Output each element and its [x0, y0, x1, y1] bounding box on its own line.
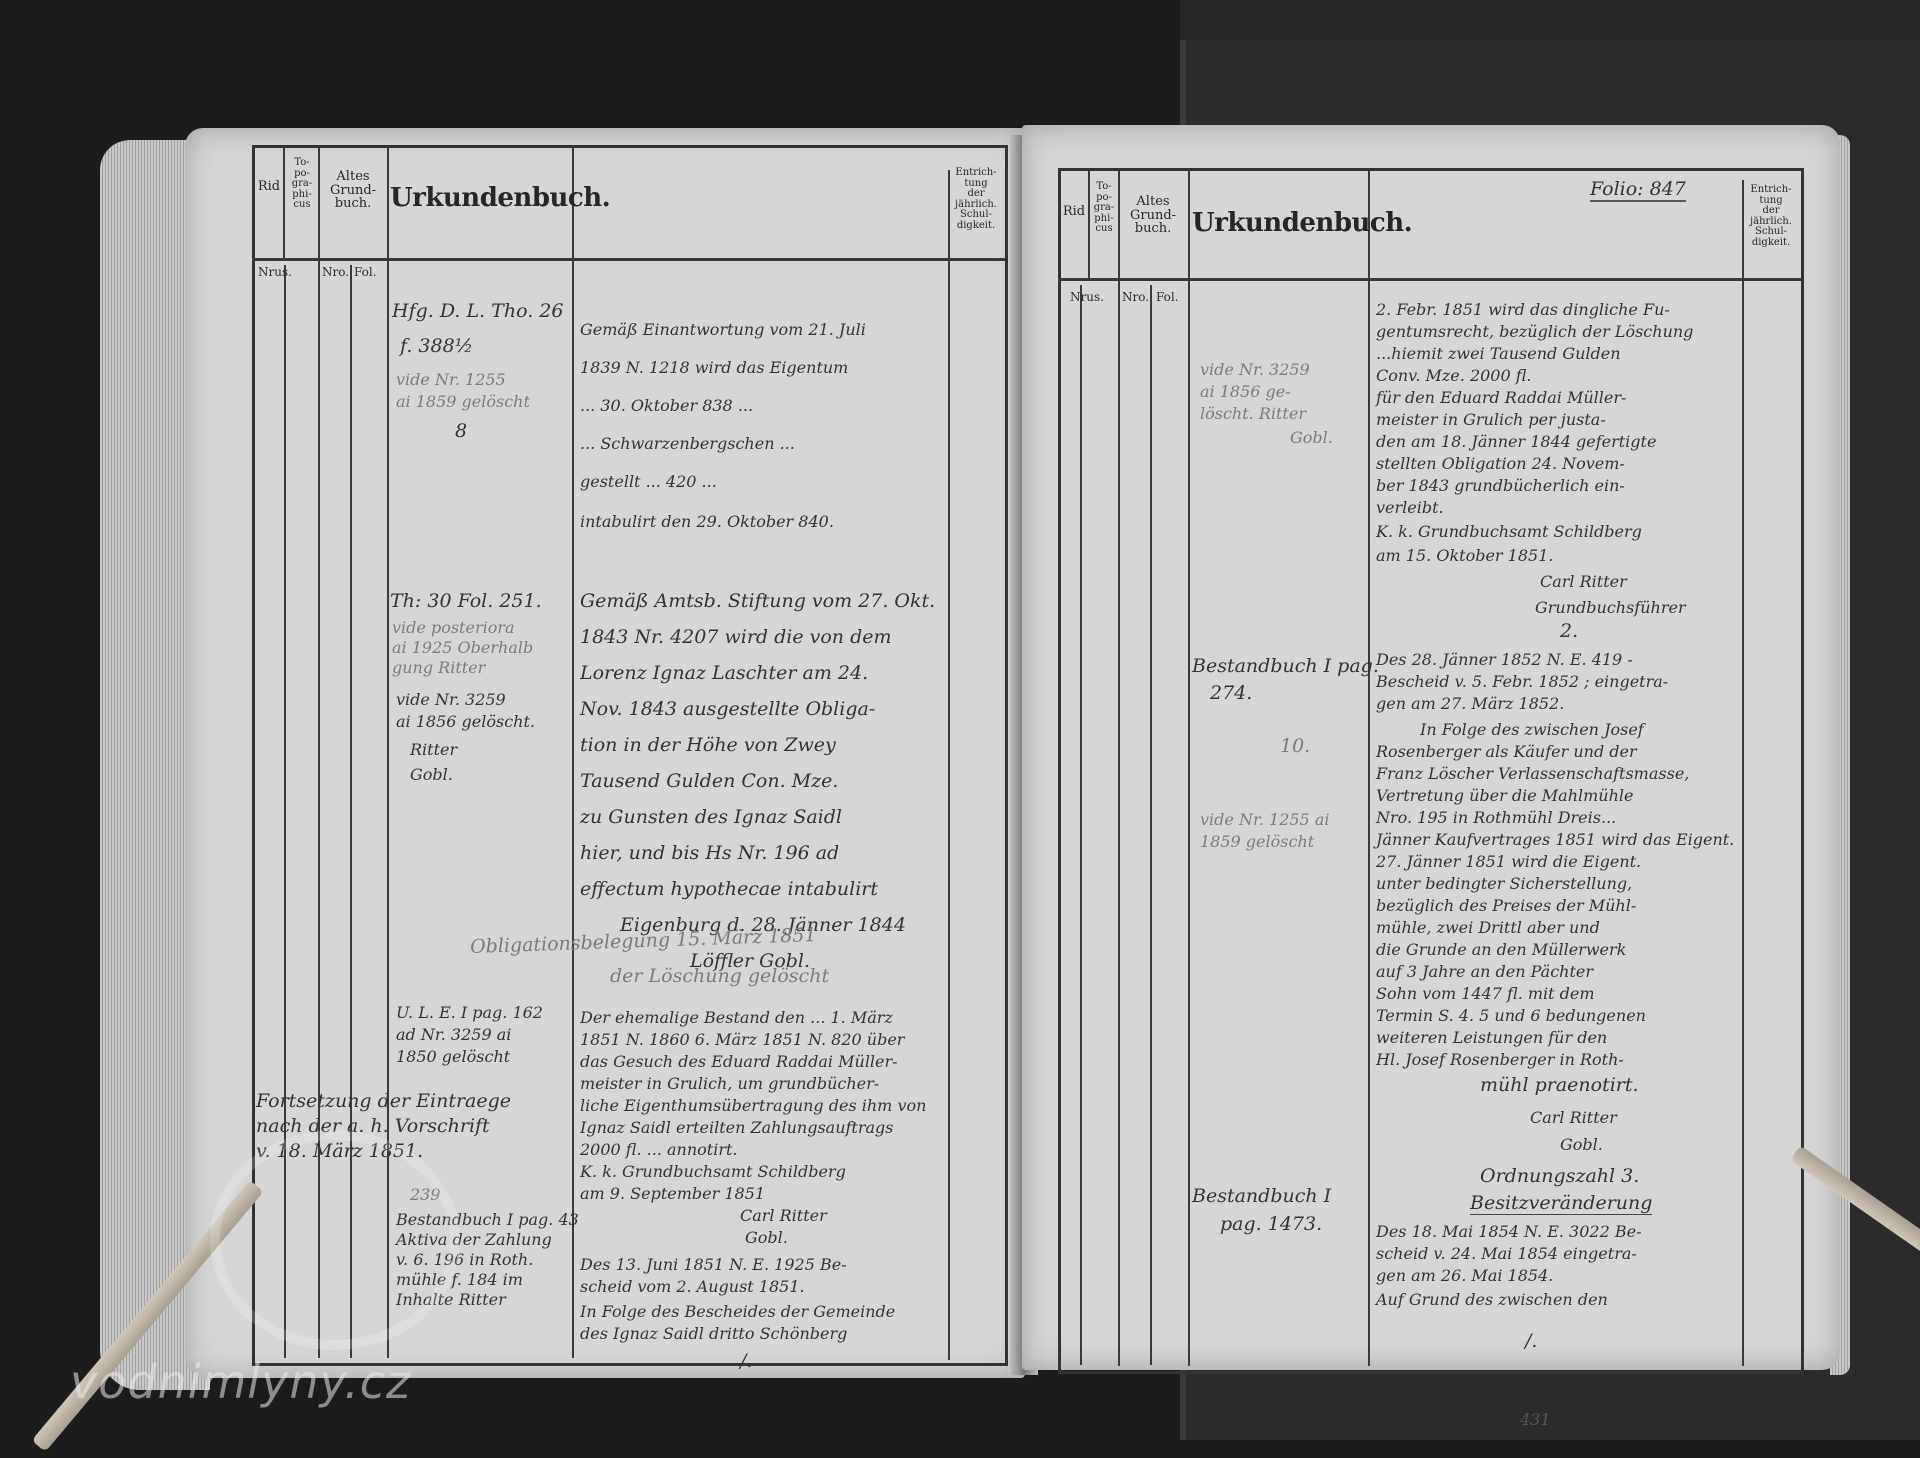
- entry-line: Gemäß Amtsb. Stiftung vom 27. Okt.: [580, 590, 935, 612]
- entry-line: Carl Ritter: [1530, 1108, 1617, 1127]
- note: Fortsetzung der Eintraege: [256, 1090, 511, 1112]
- entry-line: Carl Ritter: [1540, 572, 1627, 591]
- subheader-nro: Nro.: [322, 265, 349, 279]
- entry-line: 1851 N. 1860 6. März 1851 N. 820 über: [580, 1030, 904, 1049]
- entry-line: mühle, zwei Drittl aber und: [1376, 918, 1600, 937]
- entry-line: Gemäß Einantwortung vom 21. Juli: [580, 320, 866, 339]
- entry-line: intabulirt den 29. Oktober 840.: [580, 512, 834, 531]
- note: vide Nr. 3259: [1200, 360, 1310, 379]
- subheader-fol: Fol.: [1156, 290, 1179, 304]
- entry-line: 27. Jänner 1851 wird die Eigent.: [1376, 852, 1641, 871]
- entry-line: Termin S. 4. 5 und 6 bedungenen: [1376, 1006, 1646, 1025]
- entry-line: verleibt.: [1376, 498, 1444, 517]
- entry-line: gen am 26. Mai 1854.: [1376, 1266, 1553, 1285]
- entry-line: die Grunde an den Müllerwerk: [1376, 940, 1626, 959]
- entry-line: stellten Obligation 24. Novem-: [1376, 454, 1625, 473]
- note: 274.: [1210, 682, 1252, 704]
- entry-line: Des 13. Juni 1851 N. E. 1925 Be-: [580, 1255, 847, 1274]
- entry-line: Auf Grund des zwischen den: [1376, 1290, 1608, 1309]
- page-number: 431: [1520, 1410, 1551, 1429]
- note: 8: [455, 420, 467, 442]
- header-altes-grundbuch: AltesGrund-buch.: [1120, 195, 1186, 236]
- subheader-nrus: Nrus.: [1070, 290, 1104, 304]
- note: ai 1925 Oberhalb: [392, 638, 533, 657]
- note: vide posteriora: [392, 618, 515, 637]
- note: ai 1856 ge-: [1200, 382, 1291, 401]
- divider: [1742, 180, 1744, 1366]
- watermark: vodnimlyny.cz: [70, 1355, 411, 1409]
- entry-line: bezüglich des Preises der Mühl-: [1376, 896, 1636, 915]
- divider: [1368, 171, 1370, 1366]
- entry-line: Hl. Josef Rosenberger in Roth-: [1376, 1050, 1624, 1069]
- note: Hfg. D. L. Tho. 26: [392, 300, 563, 322]
- entry-line: Jänner Kaufvertrages 1851 wird das Eigen…: [1376, 830, 1734, 849]
- note: pag. 1473.: [1220, 1213, 1322, 1235]
- note: gung Ritter: [392, 658, 485, 677]
- entry-line: der Löschung gelöscht: [610, 965, 829, 987]
- header-title: Urkundenbuch.: [390, 185, 570, 212]
- subheader-nrus: Nrus.: [258, 265, 292, 279]
- note: nach der a. h. Vorschrift: [256, 1115, 490, 1137]
- entry-line: Tausend Gulden Con. Mze.: [580, 770, 838, 792]
- entry-line: Rosenberger als Käufer und der: [1376, 742, 1637, 761]
- entry-line: /.: [740, 1350, 752, 1372]
- note: löscht. Ritter: [1200, 404, 1306, 423]
- note: Th: 30 Fol. 251.: [390, 590, 542, 612]
- subheader-nro: Nro.: [1122, 290, 1149, 304]
- entry-line: meister in Grulich per justa-: [1376, 410, 1606, 429]
- header-altes-grundbuch: AltesGrund-buch.: [320, 170, 386, 211]
- entry-line: ber 1843 grundbücherlich ein-: [1376, 476, 1625, 495]
- entry-line: tion in der Höhe von Zwey: [580, 734, 836, 756]
- entry-line: effectum hypothecae intabulirt: [580, 878, 878, 900]
- note: ai 1859 gelöscht: [396, 392, 530, 411]
- entry-line: 2. Febr. 1851 wird das dingliche Fu-: [1376, 300, 1670, 319]
- entry-line: Ordnungszahl 3.: [1480, 1165, 1639, 1187]
- entry-line: K. k. Grundbuchsamt Schildberg: [580, 1162, 846, 1181]
- entry-line: Carl Ritter: [740, 1206, 827, 1225]
- right-header-rule: [1058, 278, 1801, 281]
- entry-line: 1839 N. 1218 wird das Eigentum: [580, 358, 848, 377]
- subheader-fol: Fol.: [354, 265, 377, 279]
- entry-line: des Ignaz Saidl dritto Schönberg: [580, 1324, 847, 1343]
- entry-line: Des 28. Jänner 1852 N. E. 419 -: [1376, 650, 1633, 669]
- entry-line: Besitzveränderung: [1470, 1192, 1652, 1215]
- entry-line: Bescheid v. 5. Febr. 1852 ; eingetra-: [1376, 672, 1668, 691]
- entry-line: auf 3 Jahre an den Pächter: [1376, 962, 1593, 981]
- entry-line: meister in Grulich, um grundbücher-: [580, 1074, 879, 1093]
- entry-line: Der ehemalige Bestand den ... 1. März: [580, 1008, 893, 1027]
- entry-line: Grundbuchsführer: [1535, 598, 1686, 617]
- entry-line: ... Schwarzenbergschen ...: [580, 434, 795, 453]
- entry-line: für den Eduard Raddai Müller-: [1376, 388, 1626, 407]
- entry-line: 1843 Nr. 4207 wird die von dem: [580, 626, 892, 648]
- entry-line: scheid v. 24. Mai 1854 eingetra-: [1376, 1244, 1637, 1263]
- divider: [1150, 285, 1152, 1365]
- entry-line: Franz Löscher Verlassenschaftsmasse,: [1376, 764, 1689, 783]
- header-topographicus: To-po-gra-phi-cus: [1090, 182, 1118, 235]
- entry-line: Lorenz Ignaz Laschter am 24.: [580, 662, 868, 684]
- note: Bestandbuch I pag.: [1192, 655, 1379, 677]
- note: Gobl.: [1290, 428, 1333, 447]
- note: vide Nr. 1255 ai: [1200, 810, 1329, 829]
- divider: [948, 170, 950, 1360]
- entry-line: hier, und bis Hs Nr. 196 ad: [580, 842, 839, 864]
- divider: [572, 148, 574, 1358]
- note: f. 388½: [400, 335, 473, 357]
- header-entrichtung: Entrich-tungderjährlich.Schul-digkeit.: [950, 168, 1002, 231]
- entry-line: In Folge des Bescheides der Gemeinde: [580, 1302, 895, 1321]
- entry-line: Sohn vom 1447 fl. mit dem: [1376, 984, 1595, 1003]
- entry-line: gen am 27. März 1852.: [1376, 694, 1564, 713]
- entry-line: Ignaz Saidl erteilten Zahlungsauftrags: [580, 1118, 894, 1137]
- entry-line: Gobl.: [745, 1228, 788, 1247]
- header-topographicus: To-po-gra-phi-cus: [286, 158, 318, 211]
- entry-line: scheid vom 2. August 1851.: [580, 1277, 805, 1296]
- folio-number: Folio: 847: [1590, 178, 1686, 202]
- entry-line: Vertretung über die Mahlmühle: [1376, 786, 1634, 805]
- note: ai 1856 gelöscht.: [396, 712, 535, 731]
- header-title: Urkundenbuch.: [1192, 210, 1368, 237]
- entry-line: Nov. 1843 ausgestellte Obliga-: [580, 698, 875, 720]
- note: Gobl.: [410, 765, 453, 784]
- divider: [1118, 171, 1120, 1366]
- entry-line: liche Eigenthumsübertragung des ihm von: [580, 1096, 926, 1115]
- header-entrichtung: Entrich-tungderjährlich.Schul-digkeit.: [1744, 185, 1798, 248]
- entry-line: Conv. Mze. 2000 fl.: [1376, 366, 1532, 385]
- entry-line: gestellt ... 420 ...: [580, 472, 717, 491]
- header-rid: Rid: [1060, 205, 1088, 219]
- entry-line: am 15. Oktober 1851.: [1376, 546, 1553, 565]
- note: 1850 gelöscht: [396, 1047, 510, 1066]
- entry-line: am 9. September 1851: [580, 1184, 765, 1203]
- watermark-logo-icon: [210, 1130, 460, 1350]
- note: Ritter: [410, 740, 457, 759]
- entry-line: K. k. Grundbuchsamt Schildberg: [1376, 522, 1642, 541]
- divider: [1188, 171, 1190, 1366]
- entry-line: gentumsrecht, bezüglich der Löschung: [1376, 322, 1693, 341]
- divider: [1080, 285, 1082, 1365]
- entry-line: das Gesuch des Eduard Raddai Müller-: [580, 1052, 898, 1071]
- entry-line: den am 18. Jänner 1844 gefertigte: [1376, 432, 1656, 451]
- divider: [283, 148, 285, 258]
- entry-line: mühl praenotirt.: [1480, 1074, 1639, 1096]
- note: Bestandbuch I: [1192, 1185, 1331, 1207]
- left-header-rule: [252, 258, 1005, 261]
- note: 10.: [1280, 735, 1310, 757]
- entry-line: unter bedingter Sicherstellung,: [1376, 874, 1632, 893]
- entry-line: ...hiemit zwei Tausend Gulden: [1376, 344, 1621, 363]
- entry-line: 2.: [1560, 620, 1578, 642]
- note: U. L. E. I pag. 162: [396, 1003, 543, 1022]
- entry-line: weiteren Leistungen für den: [1376, 1028, 1607, 1047]
- entry-line: In Folge des zwischen Josef: [1420, 720, 1644, 739]
- note: 1859 gelöscht: [1200, 832, 1314, 851]
- entry-line: zu Gunsten des Ignaz Saidl: [580, 806, 842, 828]
- entry-line: Nro. 195 in Rothmühl Dreis...: [1376, 808, 1616, 827]
- entry-line: ... 30. Oktober 838 ...: [580, 396, 753, 415]
- entry-line: Gobl.: [1560, 1135, 1603, 1154]
- note: vide Nr. 3259: [396, 690, 506, 709]
- header-rid: Rid: [255, 180, 283, 194]
- note: vide Nr. 1255: [396, 370, 506, 389]
- note: ad Nr. 3259 ai: [396, 1025, 511, 1044]
- entry-line: /.: [1525, 1330, 1537, 1352]
- entry-line: Des 18. Mai 1854 N. E. 3022 Be-: [1376, 1222, 1642, 1241]
- entry-line: 2000 fl. ... annotirt.: [580, 1140, 737, 1159]
